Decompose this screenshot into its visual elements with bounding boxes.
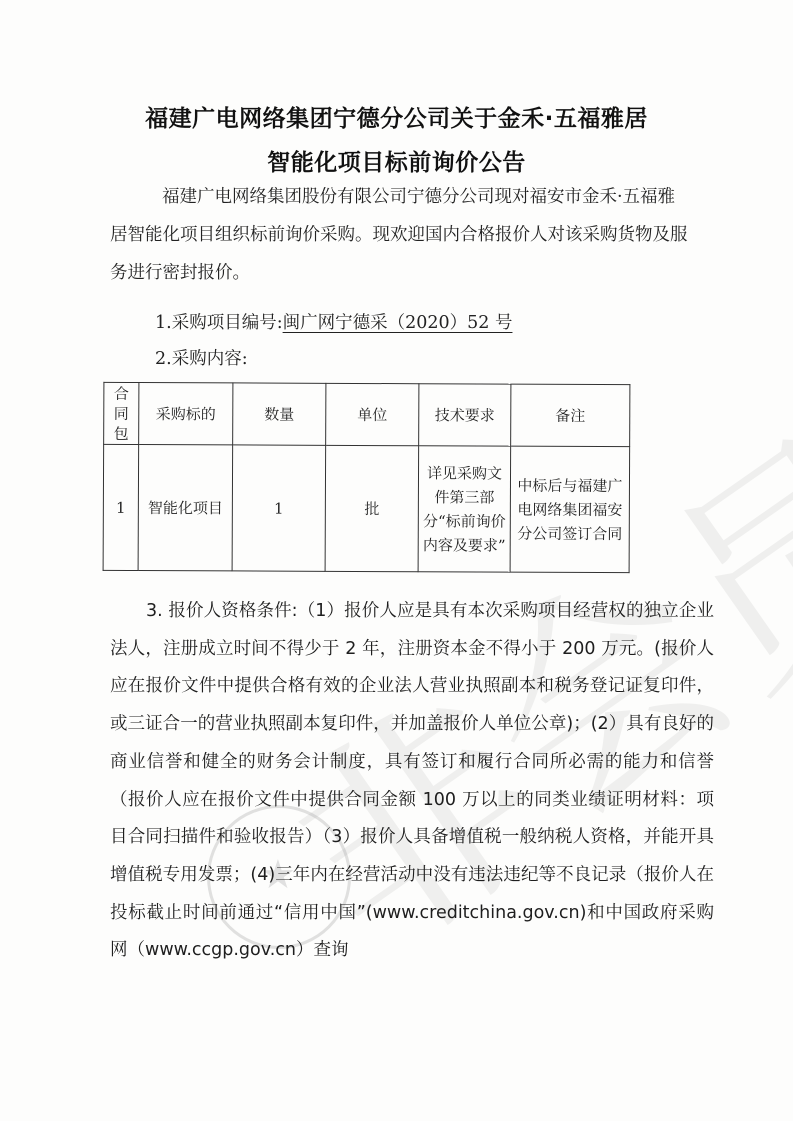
project-number-value: 闽广网宁德采（2020）52 号 (283, 313, 513, 333)
table-row: 1 智能化项目 1 批 详见采购文件第三部分“标前询价内容及要求” 中标后与福建… (103, 444, 630, 572)
document-page: 非会员水印 ★ 福建广电网络集团宁德分公司关于金禾·五福雅居 智能化项目标前询价… (0, 0, 793, 1121)
doc-title-line1: 福建广电网络集团宁德分公司关于金禾·五福雅居 (0, 100, 793, 133)
cell-quantity: 1 (232, 445, 326, 571)
table-header-row: 合同包 采购标的 数量 单位 技术要求 备注 (104, 382, 630, 446)
procurement-content-label: 2.采购内容: (155, 340, 248, 378)
intro-paragraph: 福建广电网络集团股份有限公司宁德分公司现对福安市金禾·五福雅居智能化项目组织标前… (110, 178, 690, 292)
cell-unit: 批 (325, 445, 419, 571)
cell-remark: 中标后与福建广电网络集团福安分公司签订合同 (510, 446, 630, 573)
cell-subject: 智能化项目 (138, 445, 233, 571)
project-number: 1.采购项目编号:闽广网宁德采（2020）52 号 (155, 304, 512, 342)
header-subject: 采购标的 (139, 383, 233, 445)
header-tech: 技术要求 (419, 384, 511, 446)
cell-tech: 详见采购文件第三部分“标前询价内容及要求” (418, 446, 511, 572)
header-package: 合同包 (104, 382, 139, 444)
header-quantity: 数量 (233, 383, 326, 445)
project-number-label: 1.采购项目编号: (155, 313, 283, 333)
cell-package: 1 (103, 444, 139, 570)
qualification-section: 3. 报价人资格条件:（1）报价人应是具有本次采购项目经营权的独立企业法人，注册… (110, 593, 714, 970)
procurement-table: 合同包 采购标的 数量 单位 技术要求 备注 1 智能化项目 1 批 详见采购文… (103, 382, 631, 573)
doc-title-line2: 智能化项目标前询价公告 (0, 144, 793, 177)
header-unit: 单位 (326, 383, 419, 445)
header-remark: 备注 (511, 384, 630, 447)
